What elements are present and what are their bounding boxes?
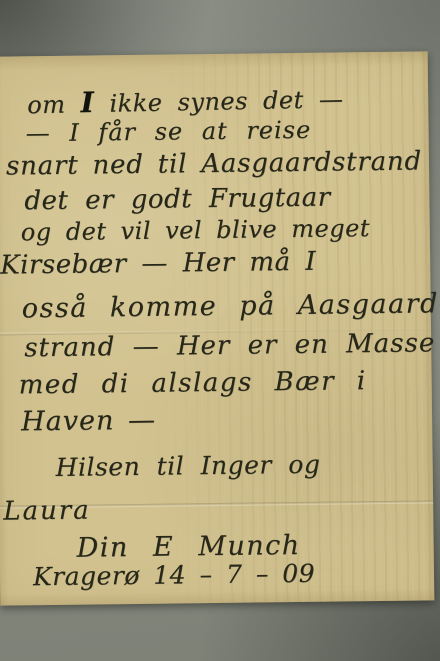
handwriting-line: det er godt Frugtaar [24,183,331,217]
handwriting-line: Laura [3,496,91,527]
handwriting-line: osså komme på Aasgaard- [22,288,440,324]
handwriting-line: Kragerø 14 – 7 – 09 [33,559,315,591]
handwriting-line: med di alslags Bær i [18,366,366,400]
handwriting-line: om I ikke synes det — [27,80,344,120]
handwriting-line: — I får se at reise [25,116,311,147]
handwriting-line: strand — Her er en Masse [24,328,435,363]
letter-text: om I ikke synes det —— I får se at reise… [0,51,434,605]
handwriting-line: snart ned til Aasgaardstrand [6,146,422,181]
photo-backdrop: om I ikke synes det —— I får se at reise… [0,0,440,661]
handwriting-line: Hilsen til Inger og [56,450,321,482]
handwriting-line: Haven — [21,405,156,438]
handwriting-line: Kirsebær — Her må I [0,247,316,281]
ink-blot-word: I [80,85,94,119]
letter-sheet: om I ikke synes det —— I får se at reise… [0,51,434,605]
handwriting-line: og det vil vel blive meget [21,214,370,246]
